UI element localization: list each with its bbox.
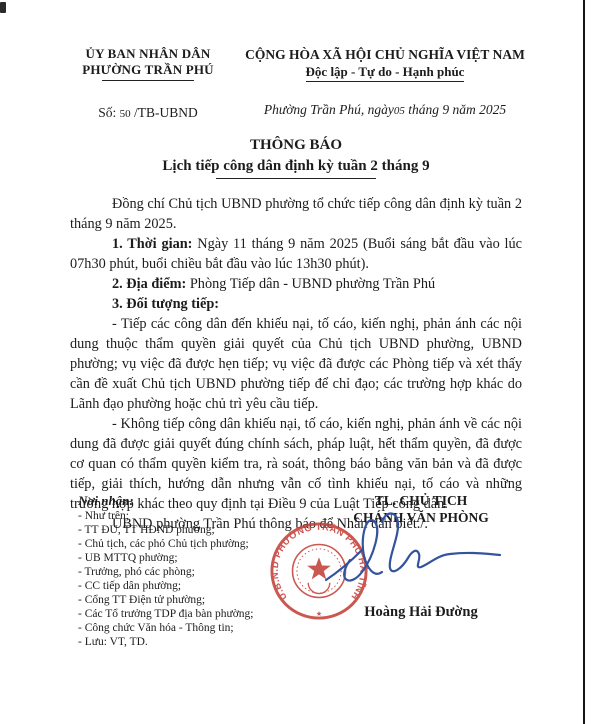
signature-stroke bbox=[344, 513, 500, 580]
dateline-day: 05 bbox=[394, 105, 405, 117]
body-paragraph-place: 2. Địa điểm: Phòng Tiếp dân - UBND phườn… bbox=[70, 274, 522, 294]
recipient-item: - Lưu: VT, TD. bbox=[78, 635, 313, 649]
doc-number-label: Số: bbox=[98, 105, 116, 120]
title-underline bbox=[216, 178, 376, 179]
handwritten-signature bbox=[316, 506, 508, 602]
document-subject-title: Lịch tiếp công dân định kỳ tuần 2 tháng … bbox=[0, 157, 592, 176]
issuing-org-line1: ỦY BAN NHÂN DÂN bbox=[60, 46, 236, 62]
recipient-item: - Công chức Văn hóa - Thông tin; bbox=[78, 621, 313, 635]
time-label: 1. Thời gian: bbox=[112, 236, 192, 252]
dateline-rest: tháng 9 năm 2025 bbox=[405, 102, 506, 117]
doc-number-value: 50 bbox=[120, 108, 131, 120]
document-number: Số: 50 /TB-UBND bbox=[60, 105, 236, 121]
issuing-org-line2: PHƯỜNG TRẦN PHÚ bbox=[60, 62, 236, 78]
issuing-org-block: ỦY BAN NHÂN DÂN PHƯỜNG TRẦN PHÚ Số: 50 /… bbox=[60, 46, 236, 121]
org-underline bbox=[102, 80, 194, 81]
place-date-line: Phường Trần Phú, ngày05 tháng 9 năm 2025 bbox=[236, 102, 534, 118]
stamp-bottom-star: ★ bbox=[316, 610, 322, 618]
place-text: Phòng Tiếp dân - UBND phường Trần Phú bbox=[186, 276, 435, 292]
place-label: 2. Địa điểm: bbox=[112, 276, 186, 292]
national-motto: Độc lập - Tự do - Hạnh phúc bbox=[306, 64, 465, 82]
page-edge-line bbox=[583, 0, 585, 724]
body-paragraph-time: 1. Thời gian: Ngày 11 tháng 9 năm 2025 (… bbox=[70, 234, 522, 274]
document-type-title: THÔNG BÁO bbox=[0, 136, 592, 155]
doc-number-suffix: /TB-UBND bbox=[134, 105, 198, 120]
scan-artifact-mark bbox=[0, 2, 6, 13]
body-paragraph-accepted: - Tiếp các công dân đến khiếu nại, tố cá… bbox=[70, 314, 522, 414]
body-paragraph-intro: Đồng chí Chủ tịch UBND phường tổ chức ti… bbox=[70, 194, 522, 234]
document-title-block: THÔNG BÁO Lịch tiếp công dân định kỳ tuầ… bbox=[0, 136, 592, 179]
document-page: ỦY BAN NHÂN DÂN PHƯỜNG TRẦN PHÚ Số: 50 /… bbox=[0, 0, 592, 724]
national-header: CỘNG HÒA XÃ HỘI CHỦ NGHĨA VIỆT NAM bbox=[236, 46, 534, 63]
national-motto-block: CỘNG HÒA XÃ HỘI CHỦ NGHĨA VIỆT NAM Độc l… bbox=[236, 46, 534, 121]
dateline-place: Phường Trần Phú, ngày bbox=[264, 102, 394, 117]
document-body: Đồng chí Chủ tịch UBND phường tổ chức ti… bbox=[70, 194, 522, 534]
document-header: ỦY BAN NHÂN DÂN PHƯỜNG TRẦN PHÚ Số: 50 /… bbox=[60, 46, 534, 121]
body-paragraph-subjects: 3. Đối tượng tiếp: bbox=[70, 294, 522, 314]
subjects-label: 3. Đối tượng tiếp: bbox=[112, 296, 219, 312]
recipients-label: Nơi nhận: bbox=[78, 492, 313, 509]
